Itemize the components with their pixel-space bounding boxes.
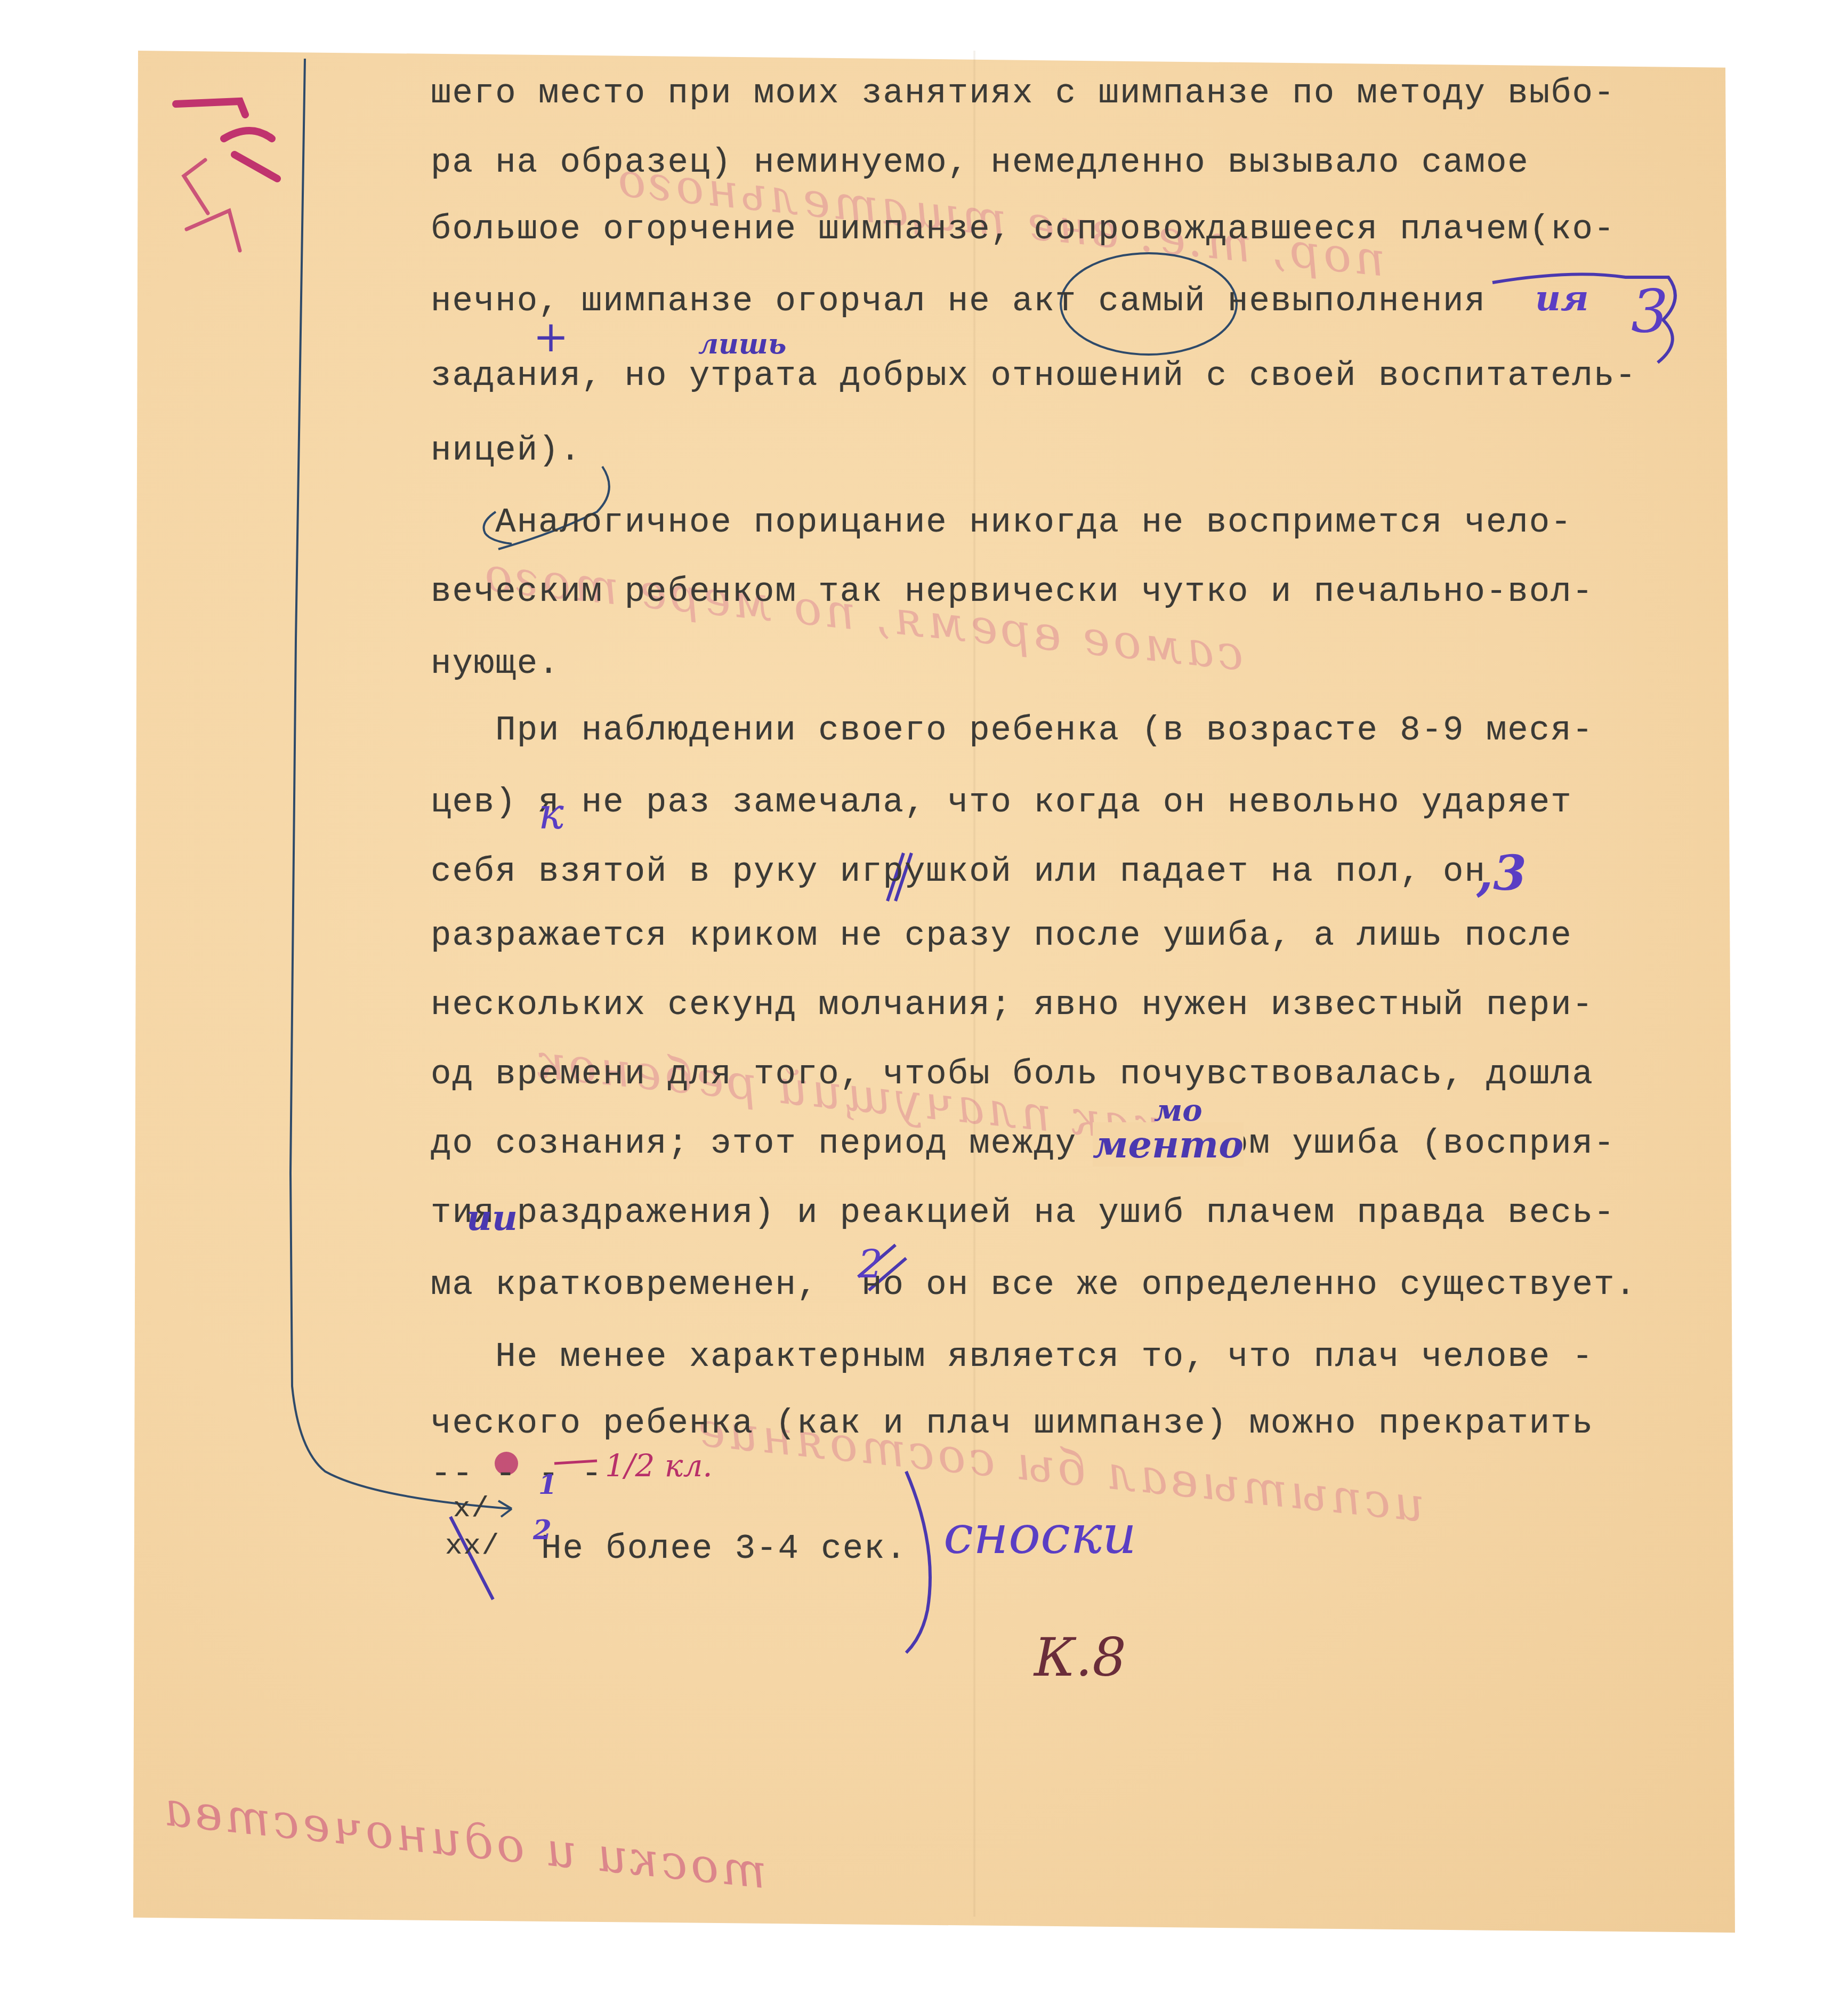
typed-line: большое огорчение шимпанзе, сопровождавш… — [431, 211, 1615, 249]
insert-plus: + — [533, 312, 569, 361]
typed-line: разражается криком не сразу после ушиба,… — [431, 917, 1572, 955]
typed-line: -- - - - — [431, 1455, 603, 1494]
typed-line: веческим ребенком так нервически чутко и… — [431, 573, 1594, 612]
typed-line: себя взятой в руку игрушкой или падает н… — [431, 853, 1486, 891]
typed-line: нующе. — [431, 645, 560, 683]
corner-mark: 7 — [181, 91, 182, 91]
typed-line: ческого ребенка (как и плач шимпанзе) мо… — [431, 1405, 1594, 1443]
correction-momento: менто — [1093, 1122, 1244, 1167]
typed-line: цев) я не раз замечала, что когда он нев… — [431, 784, 1572, 822]
typed-line: ницей). — [431, 432, 582, 470]
number-two: 2 — [858, 1242, 883, 1287]
signature-mark: К.8 — [1034, 1626, 1126, 1688]
typed-line: задания, но утрата добрых отношений с св… — [431, 357, 1637, 396]
red-note: 1/2 кл. — [605, 1447, 713, 1484]
insert-k: к — [538, 789, 564, 839]
footnotes-label: сноски — [943, 1503, 1136, 1566]
typed-line: ма кратковременен, но он все же определе… — [431, 1266, 1637, 1305]
typed-line: Аналогичное порицание никогда не восприм… — [431, 504, 1572, 542]
footnote-text: Не более 3-4 сек. — [541, 1530, 907, 1568]
typed-line: нескольких секунд молчания; явно нужен и… — [431, 986, 1594, 1025]
typed-line: нечно, шимпанзе огорчал не акт самый нев… — [431, 283, 1486, 321]
footnote-marker-1: x/ — [453, 1493, 490, 1525]
typed-line: од времени для того, чтобы боль почувств… — [431, 1056, 1594, 1094]
typed-line: При наблюдении своего ребенка (в возраст… — [431, 712, 1594, 750]
superscript-2: 2 — [533, 1514, 552, 1546]
typed-line: Не менее характерным является то, что пл… — [431, 1338, 1594, 1377]
typed-line: до сознания; этот период между моментом … — [431, 1125, 1615, 1163]
number-three: 3 — [1631, 277, 1668, 345]
superscript-1: 1 — [538, 1469, 557, 1500]
correction-ii: ии — [466, 1197, 518, 1238]
insert-comma-3: ,3 — [1476, 845, 1527, 902]
footnote-marker-2: xx/ — [445, 1530, 500, 1563]
insert-lish: лишь — [698, 328, 786, 360]
typed-line: шего место при моих занятиях с шимпанзе … — [431, 75, 1615, 113]
typed-line: ра на образец) неминуемо, немедленно выз… — [431, 144, 1529, 182]
typed-line: тия раздражения) и реакцией на ушиб плач… — [431, 1194, 1615, 1233]
correction-ending: ия — [1535, 277, 1589, 319]
